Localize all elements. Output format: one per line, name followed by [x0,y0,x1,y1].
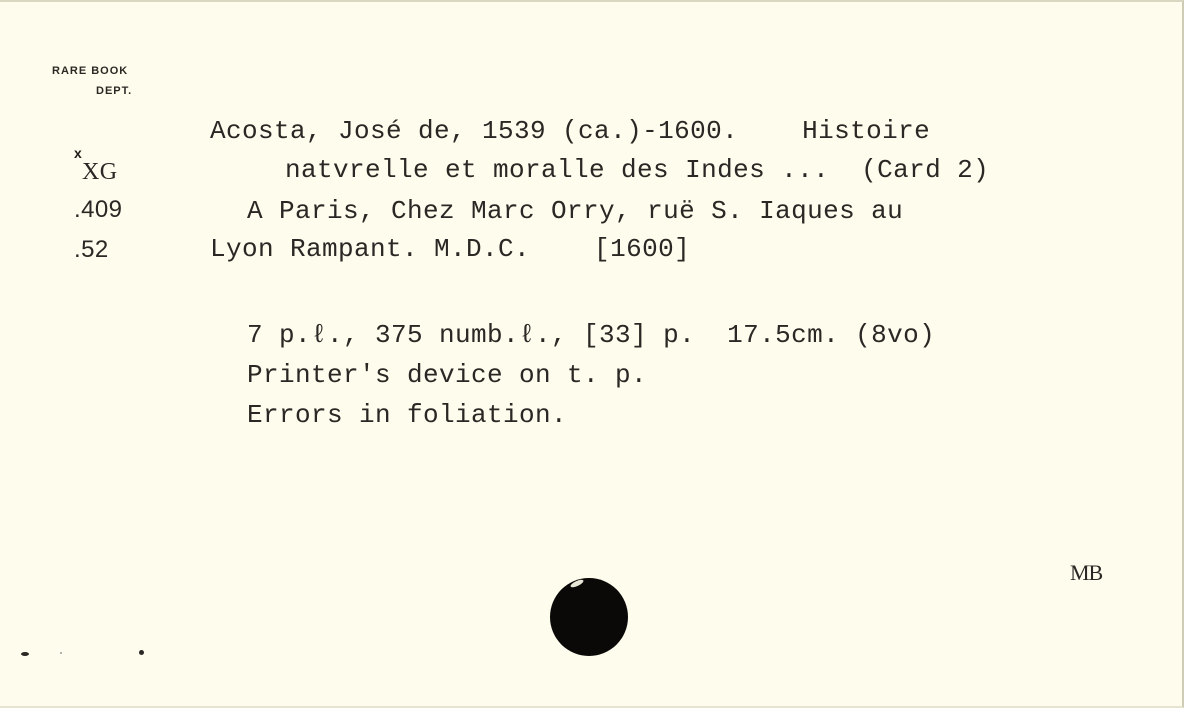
collation-line: 7 p.ℓ., 375 numb.ℓ., [33] p. 17.5cm. (8v… [247,322,935,348]
author-title-line: Acosta, José de, 1539 (ca.)-1600. Histoi… [210,118,930,144]
cataloger-initials: MB [1070,562,1102,584]
punch-hole [550,578,628,656]
rare-book-stamp: RARE BOOK [52,66,128,77]
note-line-printers-device: Printer's device on t. p. [247,362,647,388]
note-line-foliation: Errors in foliation. [247,402,567,428]
ink-speck [60,652,62,654]
imprint-continuation-line: Lyon Rampant. M.D.C. [1600] [210,236,690,262]
call-number-mark: x [74,146,82,160]
dept-stamp: DEPT. [96,86,132,97]
call-number-line-3: .52 [74,238,109,262]
call-number-line-2: .409 [74,198,122,222]
title-continuation-line: natvrelle et moralle des Indes ... (Card… [285,157,989,183]
call-number-line-1: XG [82,160,117,184]
catalog-card: RARE BOOK DEPT. x XG .409 .52 Acosta, Jo… [0,0,1184,708]
ink-speck [139,650,144,655]
imprint-line: A Paris, Chez Marc Orry, ruë S. Iaques a… [247,198,903,224]
ink-speck [21,652,29,656]
